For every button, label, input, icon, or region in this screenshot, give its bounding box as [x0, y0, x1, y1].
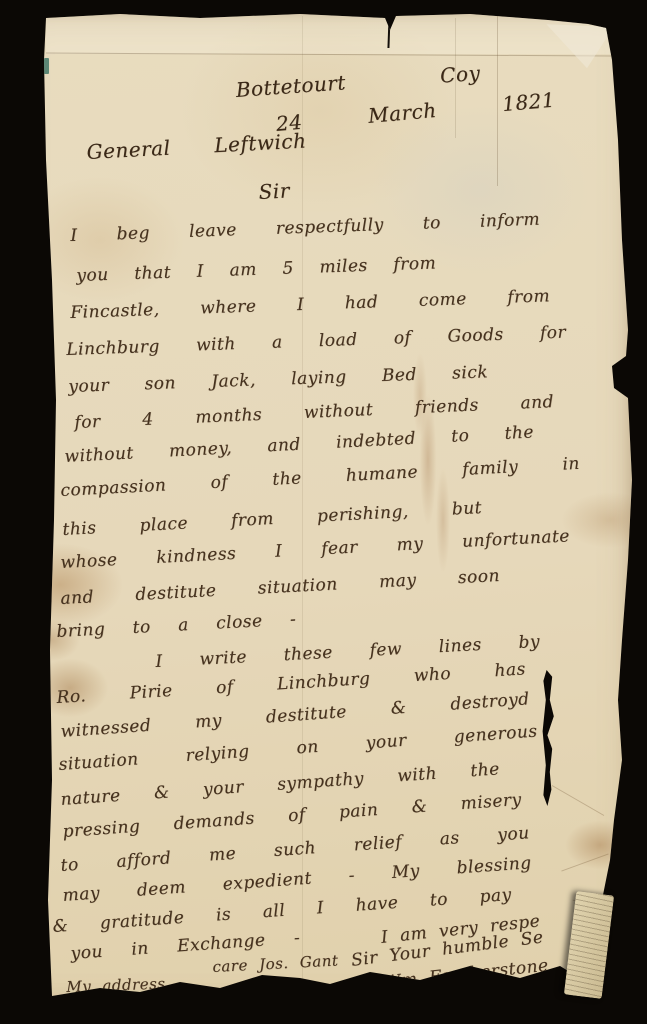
recipient-line: General Leftwich: [86, 128, 307, 163]
crease-line: [302, 16, 303, 981]
letter-line: and destitute situation may soon: [60, 566, 500, 609]
letter-line: you that I am 5 miles from: [76, 253, 436, 286]
salutation-line: Sir: [258, 177, 319, 204]
crinkle-line: [561, 853, 608, 871]
letter-line: I beg leave respectfully to inform: [70, 210, 540, 247]
postscript-place: Fincastle: [240, 976, 341, 997]
photo-backdrop: Bottetourt Coy 24 March 1821 General Lef…: [0, 0, 647, 1024]
edge-mark: [44, 58, 49, 74]
letter-line: Fincastle, where I had come from: [70, 286, 550, 323]
letter-paper: Bottetourt Coy 24 March 1821 General Lef…: [0, 0, 647, 1024]
place-line: Bottetourt Coy: [235, 61, 481, 102]
letter-line: your son Jack, laying Bed sick: [68, 362, 488, 397]
postscript-careof: care Jos. Gant: [212, 950, 363, 976]
crinkle-line: [552, 785, 604, 816]
letter-line: bring to a close -: [56, 609, 297, 642]
letter-line: Linchburg with a load of Goods for: [66, 323, 566, 361]
postscript-prefix: My address is: [66, 974, 187, 1014]
fold-strip: [46, 14, 612, 54]
